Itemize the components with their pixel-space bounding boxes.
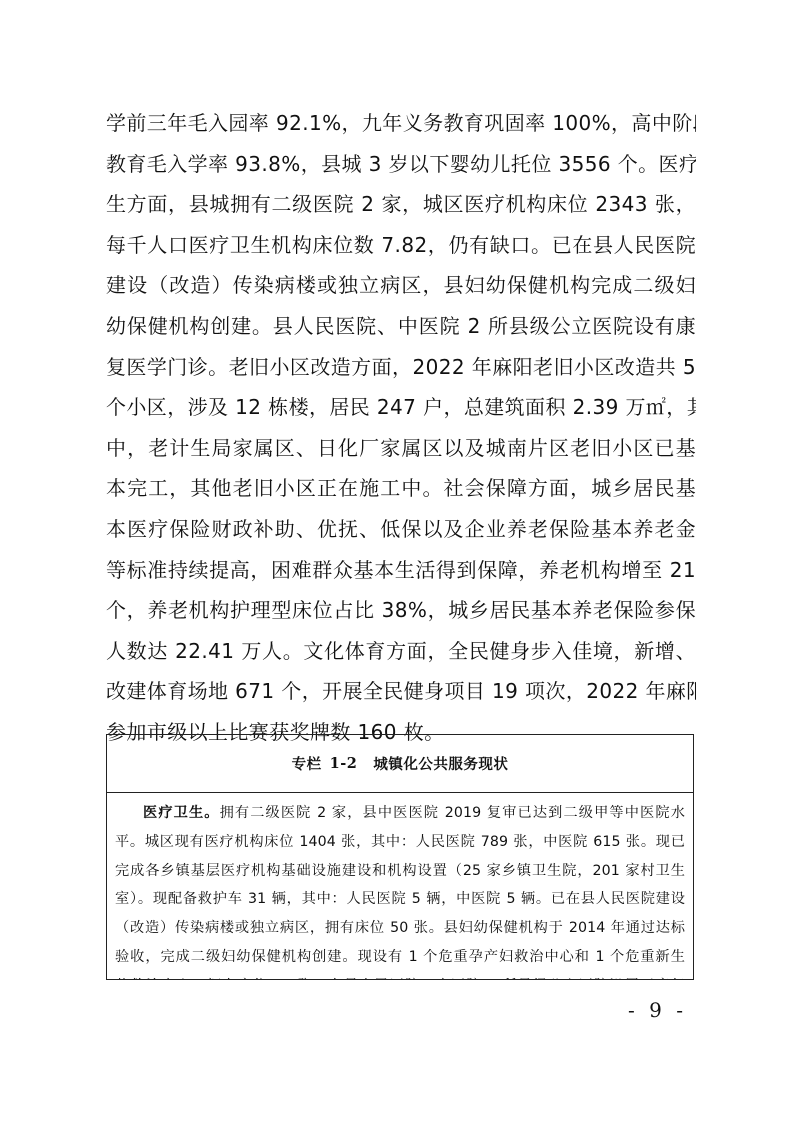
- text-line: 改建体育场地 671 个，开展全民健身项目 19 项次，2022 年麻阳: [106, 671, 696, 712]
- box-line: 平。城区现有医疗机构床位 1404 张，其中：人民医院 789 张，中医院 61…: [115, 828, 685, 857]
- box-title-text: 城镇化公共服务现状: [373, 753, 508, 774]
- text-line: 生方面，县城拥有二级医院 2 家，城区医疗机构床位 2343 张，: [106, 184, 696, 225]
- box-line-text: 拥有二级医院 2 家，县中医医院 2019 复审已达到二级甲等中医院水: [220, 805, 685, 821]
- body-paragraph: 学前三年毛入园率 92.1%，九年义务教育巩固率 100%，高中阶段 教育毛入学…: [106, 103, 696, 753]
- text-line: 复医学门诊。老旧小区改造方面，2022 年麻阳老旧小区改造共 5: [106, 347, 696, 388]
- box-title: 专栏 1-2 城镇化公共服务现状: [107, 735, 693, 793]
- text-line: 本医疗保险财政补助、优抚、低保以及企业养老保险基本养老金: [106, 509, 696, 550]
- text-line: 中，老计生局家属区、日化厂家属区以及城南片区老旧小区已基: [106, 428, 696, 469]
- box-lead-heading: 医疗卫生。: [143, 805, 220, 821]
- text-line: 教育毛入学率 93.8%，县城 3 岁以下婴幼儿托位 3556 个。医疗卫: [106, 144, 696, 185]
- box-line: （改造）传染病楼或独立病区，拥有床位 50 张。县妇幼保健机构于 2014 年通…: [115, 914, 685, 943]
- box-line: 儿救治中心，拥有床位 77 张。在县人民医院、中医院 2 所县级公立医院设置了康…: [115, 972, 685, 980]
- text-line: 每千人口医疗卫生机构床位数 7.82，仍有缺口。已在县人民医院: [106, 225, 696, 266]
- box-line: 医疗卫生。拥有二级医院 2 家，县中医医院 2019 复审已达到二级甲等中医院水: [115, 799, 685, 828]
- text-line: 个小区，涉及 12 栋楼，居民 247 户，总建筑面积 2.39 万㎡，其: [106, 387, 696, 428]
- box-title-prefix: 专栏: [292, 753, 322, 774]
- box-title-number: 1-2: [330, 755, 358, 772]
- text-line: 本完工，其他老旧小区正在施工中。社会保障方面，城乡居民基: [106, 468, 696, 509]
- sidebar-box: 专栏 1-2 城镇化公共服务现状 医疗卫生。拥有二级医院 2 家，县中医医院 2…: [106, 734, 694, 980]
- text-line: 建设（改造）传染病楼或独立病区，县妇幼保健机构完成二级妇: [106, 265, 696, 306]
- page-number: - 9 -: [628, 998, 687, 1022]
- text-line: 学前三年毛入园率 92.1%，九年义务教育巩固率 100%，高中阶段: [106, 103, 696, 144]
- text-line: 等标准持续提高，困难群众基本生活得到保障，养老机构增至 21: [106, 550, 696, 591]
- box-body: 医疗卫生。拥有二级医院 2 家，县中医医院 2019 复审已达到二级甲等中医院水…: [107, 793, 693, 980]
- text-line: 人数达 22.41 万人。文化体育方面，全民健身步入佳境，新增、: [106, 631, 696, 672]
- text-line: 幼保健机构创建。县人民医院、中医院 2 所县级公立医院设有康: [106, 306, 696, 347]
- text-line: 个，养老机构护理型床位占比 38%，城乡居民基本养老保险参保: [106, 590, 696, 631]
- box-line: 完成各乡镇基层医疗机构基础设施建设和机构设置（25 家乡镇卫生院，201 家村卫…: [115, 857, 685, 886]
- box-line: 验收，完成二级妇幼保健机构创建。现设有 1 个危重孕产妇救治中心和 1 个危重新…: [115, 943, 685, 972]
- box-line: 室）。现配备救护车 31 辆，其中：人民医院 5 辆，中医院 5 辆。已在县人民…: [115, 885, 685, 914]
